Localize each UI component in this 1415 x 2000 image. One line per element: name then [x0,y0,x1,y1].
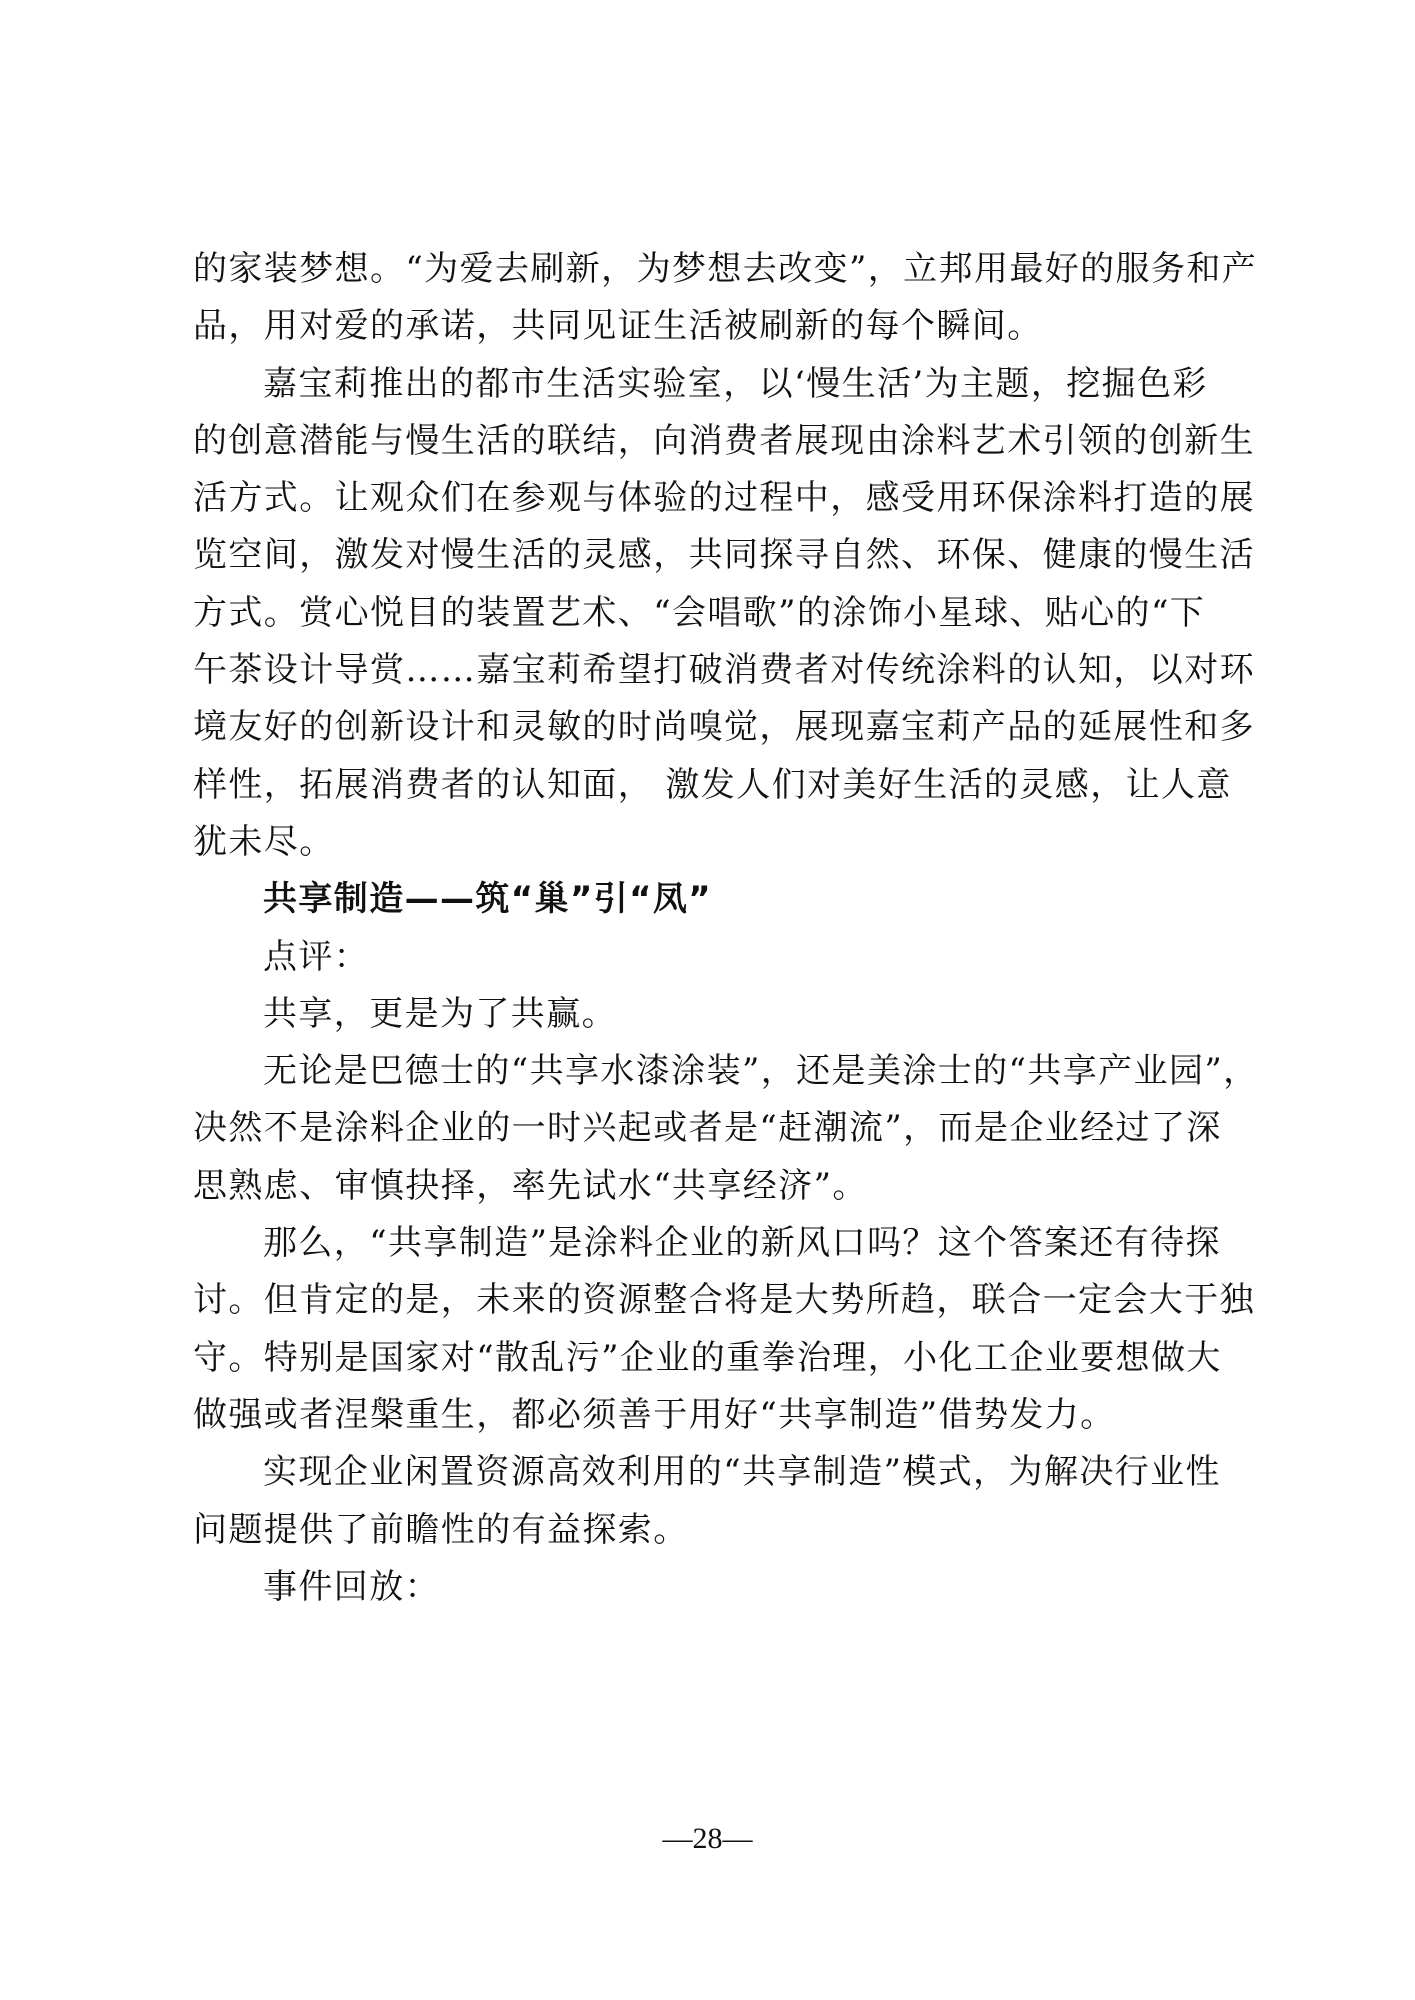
text-line: 的家装梦想。“为爱去刷新，为梦想去改变”，立邦用最好的服务和产 [193,241,1243,298]
text-line: 的创意潜能与慢生活的联结，向消费者展现由涂料艺术引领的创新生 [193,413,1243,470]
document-page: 的家装梦想。“为爱去刷新，为梦想去改变”，立邦用最好的服务和产 品，用对爱的承诺… [0,0,1415,2000]
text-line: 犹未尽。 [193,814,1243,871]
text-line: 方式。赏心悦目的装置艺术、“会唱歌”的涂饰小星球、贴心的“下 [193,585,1243,642]
text-line: 无论是巴德士的“共享水漆涂装”，还是美涂士的“共享产业园”， [193,1043,1243,1100]
text-line: 共享，更是为了共赢。 [193,986,1243,1043]
body-text: 的家装梦想。“为爱去刷新，为梦想去改变”，立邦用最好的服务和产 品，用对爱的承诺… [193,241,1243,1616]
page-number: —28— [0,1822,1415,1856]
event-replay-label: 事件回放： [193,1559,1243,1616]
text-line: 那么，“共享制造”是涂料企业的新风口吗？这个答案还有待探 [193,1215,1243,1272]
text-line: 思熟虑、审慎抉择，率先试水“共享经济”。 [193,1158,1243,1215]
text-line: 守。特别是国家对“散乱污”企业的重拳治理，小化工企业要想做大 [193,1330,1243,1387]
text-line: 实现企业闲置资源高效利用的“共享制造”模式，为解决行业性 [193,1444,1243,1501]
text-line: 览空间，激发对慢生活的灵感，共同探寻自然、环保、健康的慢生活 [193,527,1243,584]
text-line: 午茶设计导赏……嘉宝莉希望打破消费者对传统涂料的认知，以对环 [193,642,1243,699]
text-line: 样性，拓展消费者的认知面， 激发人们对美好生活的灵感，让人意 [193,757,1243,814]
comment-label: 点评： [193,929,1243,986]
section-heading: 共享制造——筑“巢”引“凤” [193,871,1243,928]
text-line: 活方式。让观众们在参观与体验的过程中，感受用环保涂料打造的展 [193,470,1243,527]
text-line: 做强或者涅槃重生，都必须善于用好“共享制造”借势发力。 [193,1387,1243,1444]
text-line: 问题提供了前瞻性的有益探索。 [193,1502,1243,1559]
text-line: 品，用对爱的承诺，共同见证生活被刷新的每个瞬间。 [193,298,1243,355]
text-line: 决然不是涂料企业的一时兴起或者是“赶潮流”，而是企业经过了深 [193,1100,1243,1157]
text-line: 讨。但肯定的是，未来的资源整合将是大势所趋，联合一定会大于独 [193,1272,1243,1329]
text-line: 境友好的创新设计和灵敏的时尚嗅觉，展现嘉宝莉产品的延展性和多 [193,699,1243,756]
text-line: 嘉宝莉推出的都市生活实验室，以‘慢生活’为主题，挖掘色彩 [193,356,1243,413]
